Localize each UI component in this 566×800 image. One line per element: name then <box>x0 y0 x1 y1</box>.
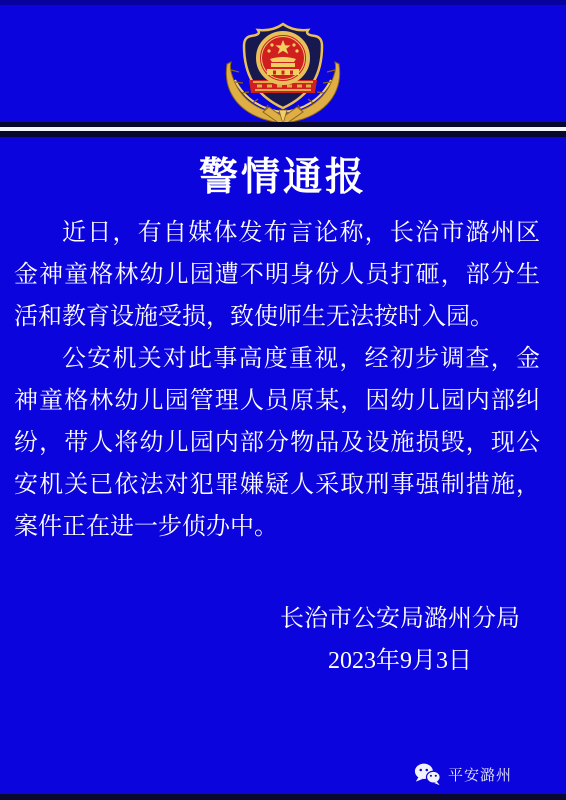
watermark: 平安潞州 <box>414 762 512 786</box>
notice-paragraph-2: 公安机关对此事高度重视，经初步调查，金神童格林幼儿园管理人员原某，因幼儿园内部纠… <box>14 338 540 548</box>
notice-paragraph-1: 近日，有自媒体发布言论称，长治市潞州区金神童格林幼儿园遭不明身份人员打砸，部分生… <box>14 212 540 338</box>
notice-title: 警情通报 <box>0 146 566 202</box>
bottom-bar <box>0 794 566 800</box>
issue-date: 2023年9月3日 <box>280 640 520 682</box>
issuer-name: 长治市公安局潞州分局 <box>280 598 520 640</box>
wechat-icon <box>414 762 441 786</box>
police-badge-icon <box>215 20 351 126</box>
top-edge-shade <box>0 0 566 5</box>
watermark-text: 平安潞州 <box>448 764 512 785</box>
separator-bar <box>0 122 566 137</box>
police-notice-page: 警情通报 近日，有自媒体发布言论称，长治市潞州区金神童格林幼儿园遭不明身份人员打… <box>0 0 566 800</box>
notice-body: 近日，有自媒体发布言论称，长治市潞州区金神童格林幼儿园遭不明身份人员打砸，部分生… <box>14 212 540 548</box>
separator-line <box>0 127 566 131</box>
signature-block: 长治市公安局潞州分局 2023年9月3日 <box>280 598 520 682</box>
